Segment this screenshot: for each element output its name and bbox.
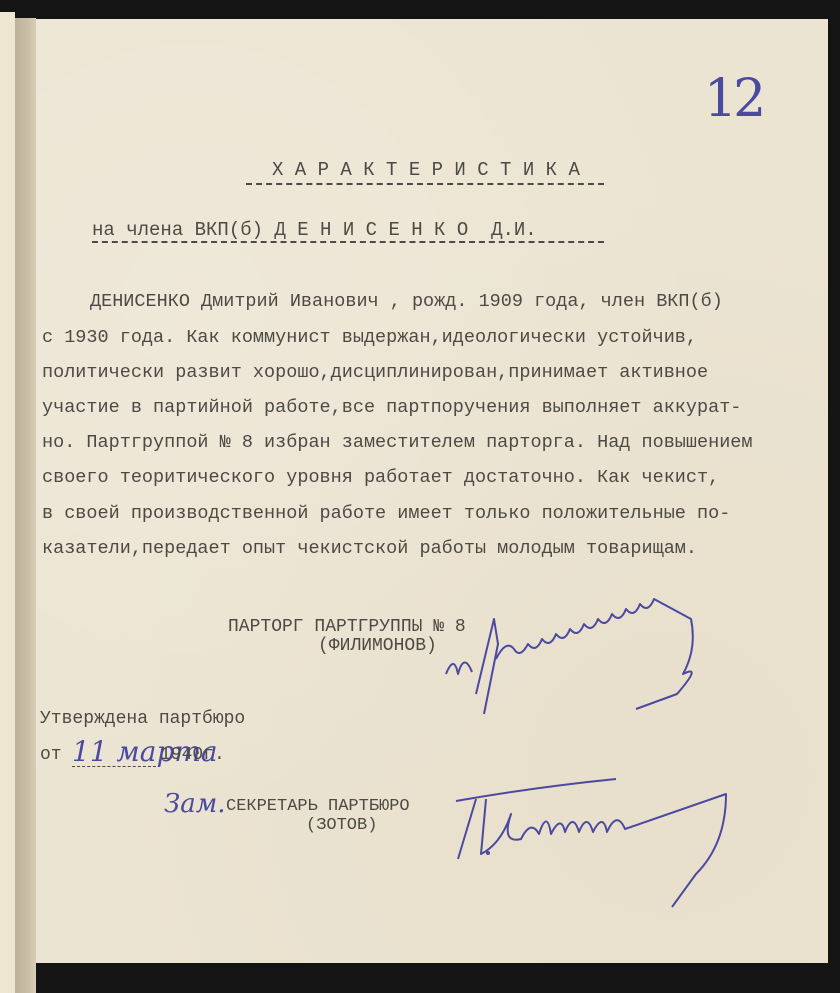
- body-line: участие в партийной работе,все партпоруч…: [42, 397, 741, 418]
- body-line: казатели,передает опыт чекистской работы…: [42, 538, 697, 559]
- page-number: 12: [704, 69, 762, 129]
- date-underline: [72, 766, 156, 767]
- body-line: с 1930 года. Как коммунист выдержан,идео…: [42, 327, 697, 348]
- document-title: Х А Р А К Т Е Р И С Т И К А: [272, 159, 580, 181]
- body-line: своего теоритического уровня работает до…: [42, 467, 719, 488]
- signer-2-name: (ЗОТОВ): [306, 816, 377, 835]
- document-subtitle: на члена ВКП(б) Д Е Н И С Е Н К О Д.И.: [92, 219, 537, 241]
- signer-2-title: СЕКРЕТАРЬ ПАРТБЮРО: [226, 797, 410, 816]
- spine-shadow: [15, 18, 36, 993]
- signature-zotov: [436, 779, 756, 909]
- approval-date-prefix: от: [40, 745, 62, 765]
- body-line: ДЕНИСЕНКО Дмитрий Иванович , рожд. 1909 …: [90, 291, 723, 312]
- signature-filimonov: [436, 599, 756, 719]
- approval-line: Утверждена партбюро: [40, 709, 245, 729]
- signer-2-prefix: Зам.: [164, 789, 226, 819]
- title-underline: [246, 183, 604, 185]
- signer-1-title: ПАРТОРГ ПАРТГРУППЫ № 8: [228, 617, 466, 637]
- approval-year: 1940г.: [160, 745, 225, 765]
- subtitle-underline: [92, 241, 604, 243]
- book-spine: [0, 12, 15, 993]
- body-line: политически развит хорошо,дисциплинирова…: [42, 362, 708, 383]
- signer-1-name: (ФИЛИМОНОВ): [318, 636, 437, 656]
- body-line: но. Партгруппой № 8 избран заместителем …: [42, 432, 753, 453]
- body-line: в своей производственной работе имеет то…: [42, 503, 730, 524]
- document-page: 12 Х А Р А К Т Е Р И С Т И К А на члена …: [36, 19, 828, 963]
